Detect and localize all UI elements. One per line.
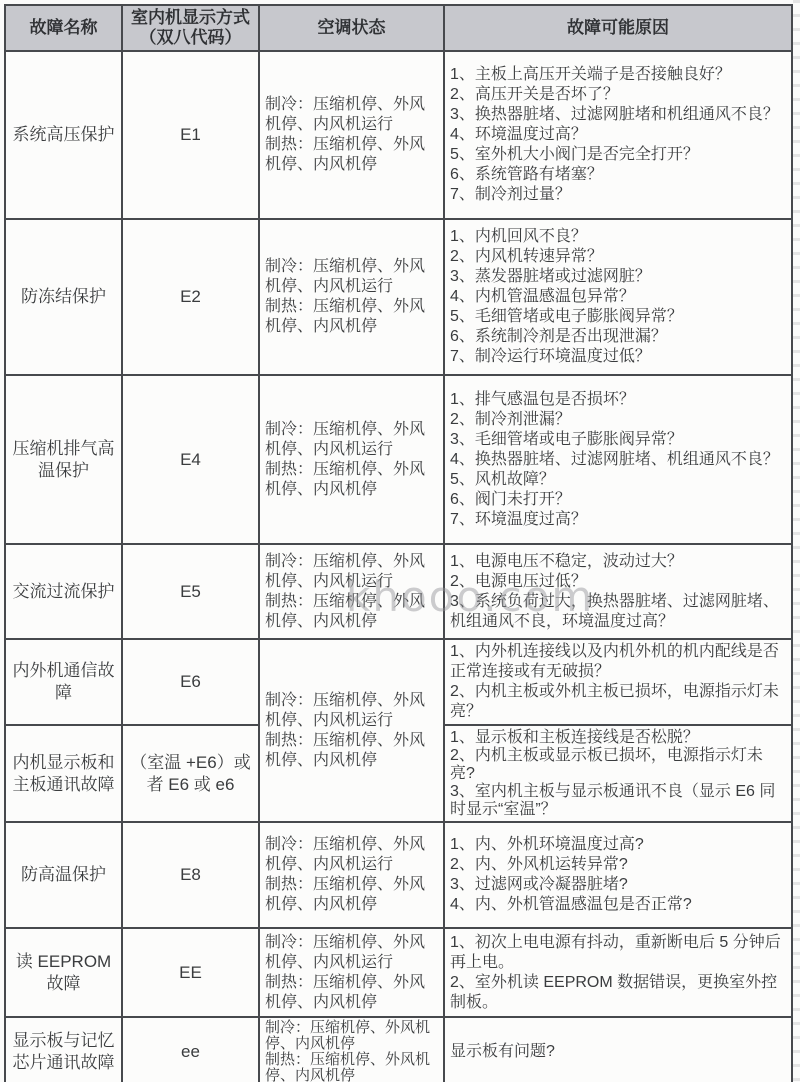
table-row-ee-upper: 读 EEPROM 故障 EE 制冷：压缩机停、外风机停、内风机运行 制热：压缩机… (5, 928, 792, 1017)
table-row-e5: 交流过流保护 E5 制冷：压缩机停、外风机停、内风机运行 制热：压缩机停、外风机… (5, 544, 792, 639)
fault-code-table-page: 故障名称 室内机显示方式 （双八代码） 空调状态 故障可能原因 系统高压保护 E… (0, 0, 800, 1082)
ac-status: 制冷：压缩机停、外风机停、内风机运行 制热：压缩机停、外风机停、内风机停 (259, 219, 444, 375)
header-fault-name: 故障名称 (5, 5, 122, 51)
ac-status: 制冷：压缩机停、外风机停、内风机运行 制热：压缩机停、外风机停、内风机停 (259, 375, 444, 544)
ac-status: 制冷：压缩机停、外风机停、内风机运行 制热：压缩机停、外风机停、内风机停 (259, 822, 444, 928)
possible-causes: 1、排气感温包是否损坏？ 2、制冷剂泄漏？ 3、毛细管堵或电子膨胀阀异常？ 4、… (444, 375, 792, 544)
display-code: ee (122, 1017, 259, 1082)
possible-causes: 1、内、外机环境温度过高? 2、内、外风机运转异常? 3、过滤网或冷凝器脏堵? … (444, 822, 792, 928)
display-code: EE (122, 928, 259, 1017)
ac-status: 制冷：压缩机停、外风机停、内风机运行 制热：压缩机停、外风机停、内风机停 (259, 51, 444, 219)
possible-causes: 1、电源电压不稳定，波动过大？ 2、电源电压过低？ 3、系统负荷过大，换热器脏堵… (444, 544, 792, 639)
ac-status: 制冷：压缩机停、外风机停、内风机运行 制热：压缩机停、外风机停、内风机停 (259, 928, 444, 1017)
ac-status-merged: 制冷：压缩机停、外风机停、内风机运行 制热：压缩机停、外风机停、内风机停 (259, 639, 444, 822)
possible-causes: 1、初次上电电源有抖动，重新断电后 5 分钟后再上电。 2、室外机读 EEPRO… (444, 928, 792, 1017)
fault-name: 内外机通信故障 (5, 639, 122, 725)
header-ac-status: 空调状态 (259, 5, 444, 51)
fault-name: 压缩机排气高温保护 (5, 375, 122, 544)
table-row-e4: 压缩机排气高温保护 E4 制冷：压缩机停、外风机停、内风机运行 制热：压缩机停、… (5, 375, 792, 544)
display-code: E8 (122, 822, 259, 928)
table-row-e1: 系统高压保护 E1 制冷：压缩机停、外风机停、内风机运行 制热：压缩机停、外风机… (5, 51, 792, 219)
table-row-e2: 防冻结保护 E2 制冷：压缩机停、外风机停、内风机运行 制热：压缩机停、外风机停… (5, 219, 792, 375)
possible-causes: 1、主板上高压开关端子是否接触良好？ 2、高压开关是否坏了？ 3、换热器脏堵、过… (444, 51, 792, 219)
ac-status: 制冷：压缩机停、外风机停、内风机停 制热：压缩机停、外风机停、内风机停 (259, 1017, 444, 1082)
fault-name: 防高温保护 (5, 822, 122, 928)
fault-name: 读 EEPROM 故障 (5, 928, 122, 1017)
table-header-row: 故障名称 室内机显示方式 （双八代码） 空调状态 故障可能原因 (5, 5, 792, 51)
fault-name: 显示板与记忆芯片通讯故障 (5, 1017, 122, 1082)
possible-causes: 1、内外机连接线以及内机外机的机内配线是否正常连接或有无破损？ 2、内机主板或外… (444, 639, 792, 725)
display-code: E6 (122, 639, 259, 725)
display-code: E1 (122, 51, 259, 219)
fault-name: 内机显示板和主板通讯故障 (5, 725, 122, 822)
possible-causes: 显示板有问题? (444, 1017, 792, 1082)
header-possible-causes: 故障可能原因 (444, 5, 792, 51)
ac-status: 制冷：压缩机停、外风机停、内风机运行 制热：压缩机停、外风机停、内风机停 (259, 544, 444, 639)
display-code: E5 (122, 544, 259, 639)
fault-name: 系统高压保护 (5, 51, 122, 219)
display-code: E4 (122, 375, 259, 544)
table-row-ee-lower: 显示板与记忆芯片通讯故障 ee 制冷：压缩机停、外风机停、内风机停 制热：压缩机… (5, 1017, 792, 1082)
table-row-e8: 防高温保护 E8 制冷：压缩机停、外风机停、内风机运行 制热：压缩机停、外风机停… (5, 822, 792, 928)
fault-name: 防冻结保护 (5, 219, 122, 375)
header-display-code: 室内机显示方式 （双八代码） (122, 5, 259, 51)
possible-causes: 1、内机回风不良？ 2、内风机转速异常？ 3、蒸发器脏堵或过滤网脏？ 4、内机管… (444, 219, 792, 375)
fault-name: 交流过流保护 (5, 544, 122, 639)
possible-causes: 1、显示板和主板连接线是否松脱？ 2、内机主板或显示板已损坏，电源指示灯未亮? … (444, 725, 792, 822)
cropped-right-edge-content (793, 0, 800, 1082)
display-code: （室温 +E6）或者 E6 或 e6 (122, 725, 259, 822)
fault-code-table: 故障名称 室内机显示方式 （双八代码） 空调状态 故障可能原因 系统高压保护 E… (4, 4, 793, 1082)
table-row-e6: 内外机通信故障 E6 制冷：压缩机停、外风机停、内风机运行 制热：压缩机停、外风… (5, 639, 792, 725)
display-code: E2 (122, 219, 259, 375)
